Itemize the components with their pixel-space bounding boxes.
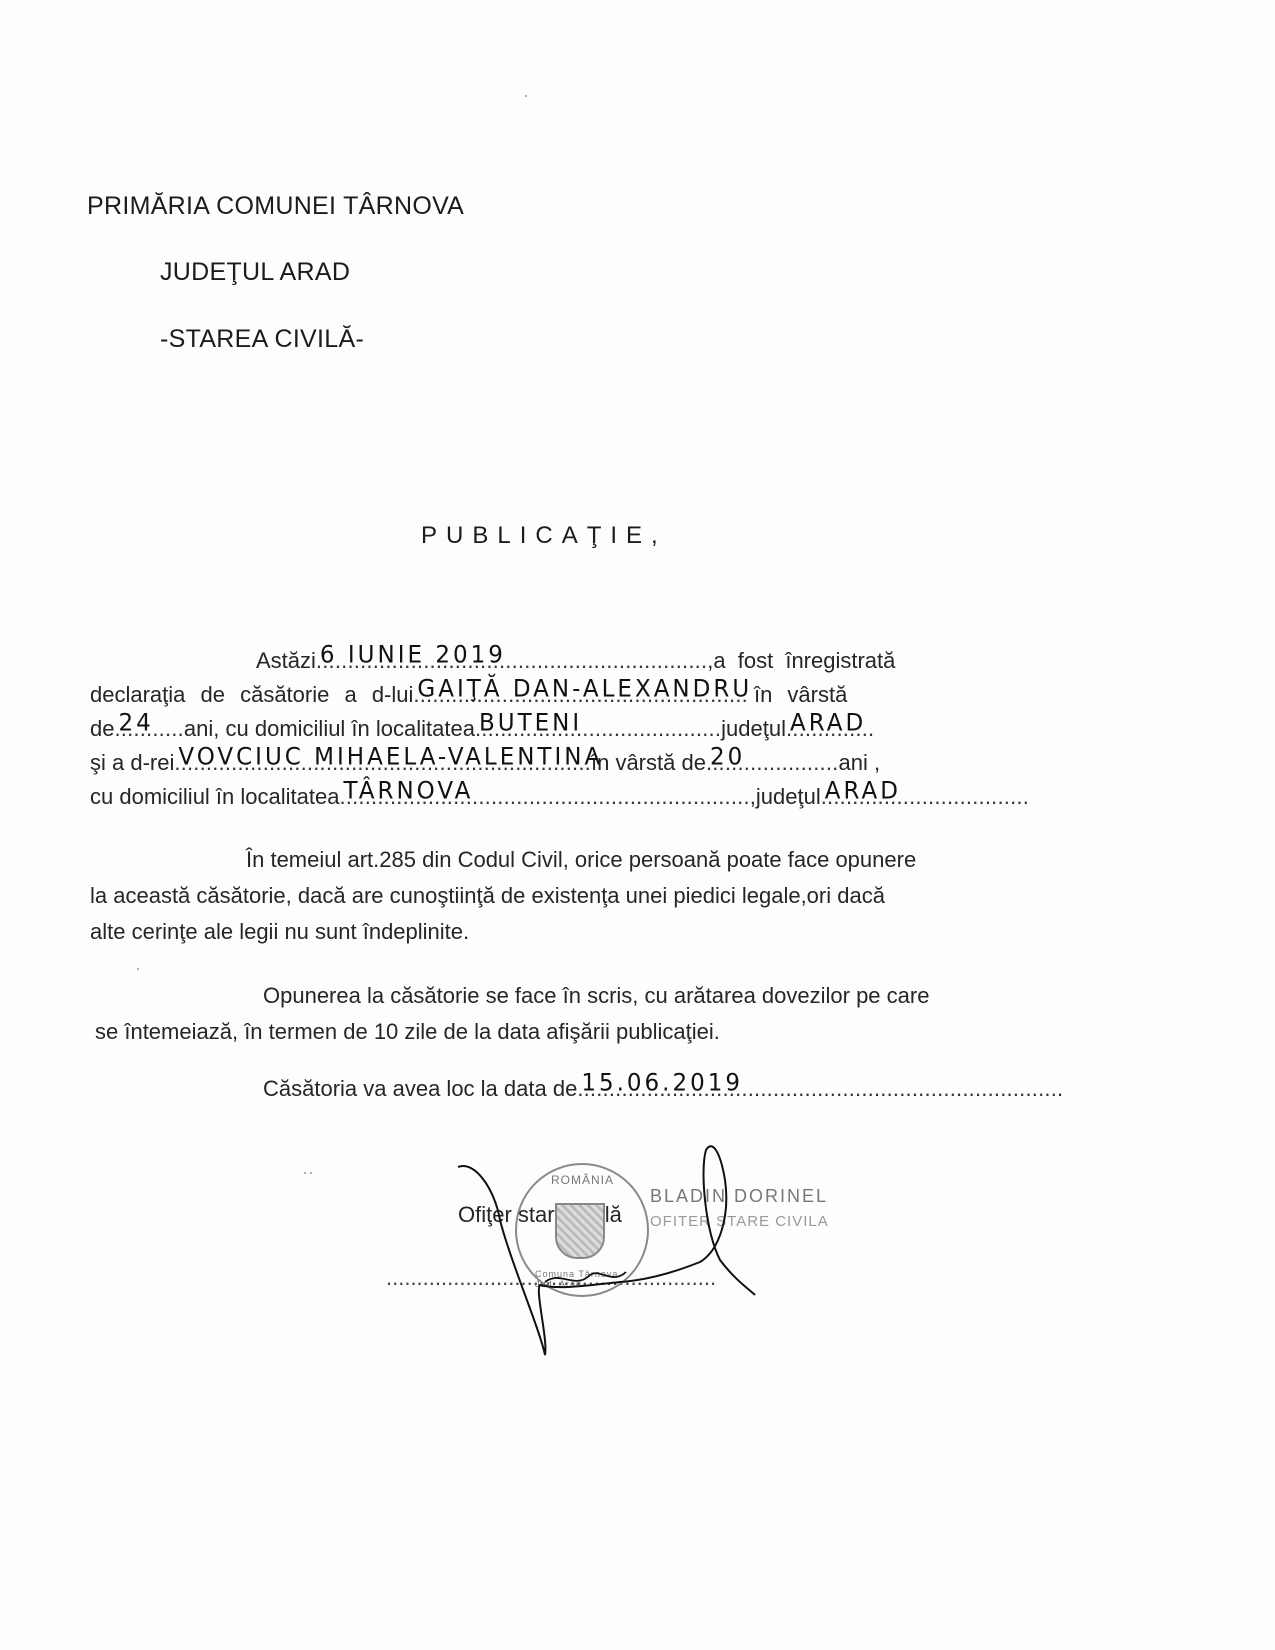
- groom-locality-field[interactable]: .......................................B…: [475, 716, 721, 742]
- declaration-line-4: şi a d-rei..............................…: [90, 750, 880, 776]
- county-label: judeţul: [721, 716, 786, 741]
- groom-county-field[interactable]: ..............ARAD: [786, 716, 874, 742]
- domicile-label: ani, cu domiciliul în localitatea: [184, 716, 475, 741]
- handwritten-signature: [0, 0, 1275, 1650]
- bride-age-field[interactable]: .....................20: [706, 750, 839, 776]
- document-title: PUBLICAŢIE,: [421, 522, 667, 550]
- officer-name-stamp: BLADIN DORINEL: [650, 1186, 828, 1207]
- date-label: Astăzi: [256, 648, 316, 673]
- wedding-date-field[interactable]: ........................................…: [577, 1076, 1063, 1102]
- bride-name-field[interactable]: ........................................…: [174, 750, 591, 776]
- institution-name: PRIMĂRIA COMUNEI TÂRNOVA: [87, 192, 464, 221]
- groom-age-field[interactable]: ...........24: [114, 716, 183, 742]
- groom-label: declaraţia de căsătorie a d-lui: [90, 682, 413, 707]
- declaration-line-3: de...........24ani, cu domiciliul în loc…: [90, 716, 874, 742]
- opposition-line-2: se întemeiază, în termen de 10 zile de l…: [95, 1014, 720, 1050]
- declaration-line-2: declaraţia de căsătorie a d-lui.........…: [90, 682, 847, 708]
- registered-text: ,a fost înregistrată: [707, 648, 895, 673]
- bride-label: şi a d-rei: [90, 750, 174, 775]
- registration-date: 6 IUNIE 2019: [320, 641, 506, 668]
- date-field[interactable]: ........................................…: [316, 648, 707, 674]
- county-name: JUDEŢUL ARAD: [160, 258, 350, 287]
- scan-speck: [137, 968, 139, 970]
- bride-locality-field[interactable]: ........................................…: [339, 784, 749, 810]
- bride-county-label: ,judeţul: [750, 784, 821, 809]
- legal-basis-line-2: la această căsătorie, dacă are cunoştiin…: [90, 878, 885, 914]
- wedding-date-label: Căsătoria va avea loc la data de: [263, 1076, 577, 1101]
- coat-of-arms-icon: [555, 1203, 605, 1259]
- wedding-date: 15.06.2019: [581, 1069, 743, 1096]
- official-stamp: ROMÂNIA Comuna Târnova - Jud. Arad: [515, 1163, 649, 1297]
- bride-domicile-label: cu domiciliul în localitatea: [90, 784, 339, 809]
- groom-name: GAIŢĂ DAN-ALEXANDRU: [417, 675, 752, 702]
- scan-speck: [525, 95, 527, 97]
- bride-locality: TÂRNOVA: [343, 777, 473, 804]
- officer-role-stamp: OFITER STARE CIVILA: [650, 1213, 829, 1230]
- declaration-line-5: cu domiciliul în localitatea............…: [90, 784, 1029, 810]
- bride-age: 20: [710, 743, 745, 770]
- wedding-date-line: Căsătoria va avea loc la data de........…: [263, 1076, 1063, 1102]
- stamp-locality: Comuna Târnova - Jud. Arad: [535, 1269, 647, 1289]
- declaration-line-1: Astăzi..................................…: [256, 648, 895, 674]
- scan-speck: [310, 1172, 312, 1174]
- bride-name: VOVCIUC MIHAELA-VALENTINA: [178, 743, 603, 770]
- years-label: ani ,: [839, 750, 881, 775]
- bride-age-label: în vârstă de: [591, 750, 706, 775]
- bride-county: ARAD: [825, 777, 901, 804]
- groom-county: ARAD: [790, 709, 866, 736]
- groom-age: 24: [118, 709, 153, 736]
- bride-county-field[interactable]: .................................ARAD: [821, 784, 1029, 810]
- age-label: în vârstă: [754, 682, 847, 707]
- groom-name-field[interactable]: ........................................…: [413, 682, 748, 708]
- department-name: -STAREA CIVILĂ-: [160, 325, 364, 354]
- stamp-country: ROMÂNIA: [551, 1173, 614, 1187]
- opposition-line-1: Opunerea la căsătorie se face în scris, …: [263, 978, 929, 1014]
- groom-locality: BUTENI: [479, 709, 582, 736]
- scan-speck: [304, 1172, 306, 1174]
- document-page: PRIMĂRIA COMUNEI TÂRNOVA JUDEŢUL ARAD -S…: [0, 0, 1275, 1650]
- legal-basis-line-1: În temeiul art.285 din Codul Civil, oric…: [246, 842, 916, 878]
- legal-basis-line-3: alte cerinţe ale legii nu sunt îndeplini…: [90, 914, 469, 950]
- age-prefix: de: [90, 716, 114, 741]
